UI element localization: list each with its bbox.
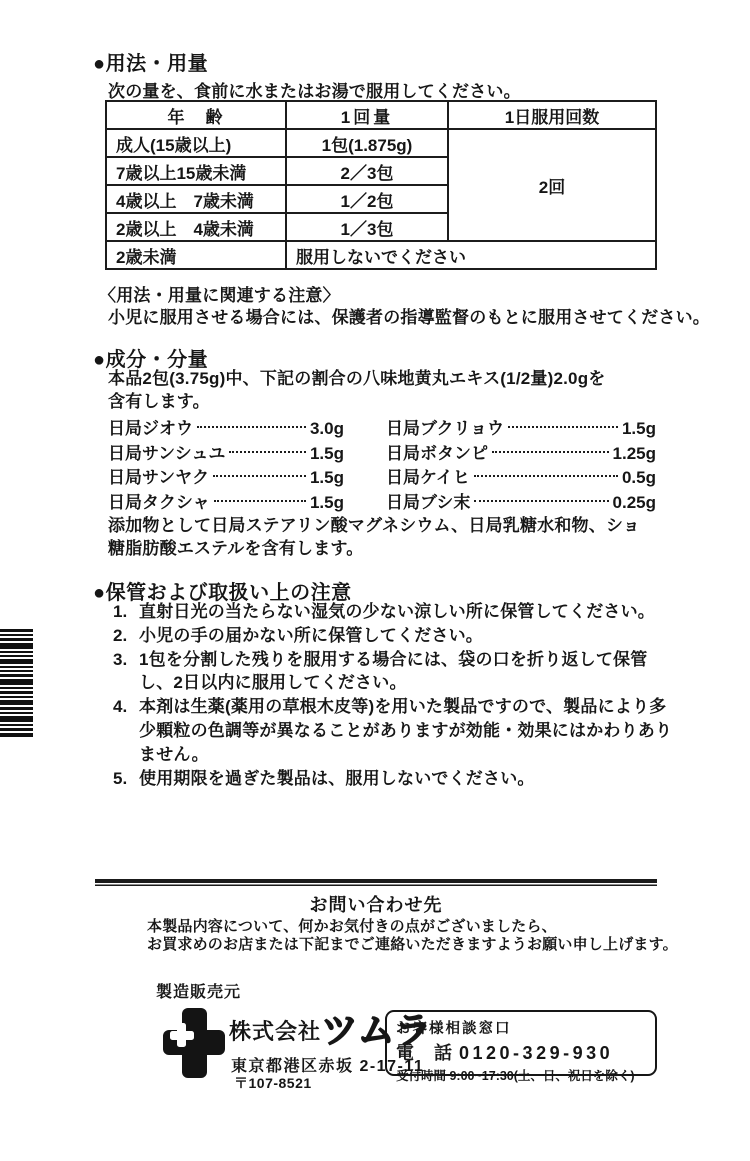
contact-title: お問い合わせ先 (95, 891, 657, 917)
support-box-title: お客様相談窓口 (396, 1017, 646, 1038)
ingredient-item: 日局ブクリョウ 1.5g (386, 414, 656, 439)
additives-note: 添加物として日局ステアリン酸マグネシウム、日局乳糖水和物、ショ 糖脂肪酸エステル… (108, 514, 640, 560)
table-row: 成人(15歳以上) 1包(1.875g) 2回 (106, 129, 656, 157)
ingredients-column-left: 日局ジオウ 3.0g 日局サンシュユ 1.5g 日局サンヤク 1.5g 日局タク… (108, 414, 344, 512)
ingredient-item: 日局ケイヒ 0.5g (386, 463, 656, 488)
item-number: 2. (113, 624, 139, 648)
customer-support-box: お客様相談窓口 電 話 0120-329-930 受付時間 9:00~17:30… (385, 1010, 657, 1076)
additives-line2: 糖脂肪酸エステルを含有します。 (108, 537, 640, 560)
ingredient-name: 日局ブシ末 (386, 488, 470, 513)
item-text: 使用期限を過ぎた製品は、服用しないでください。 (139, 767, 677, 791)
col-header-age: 年 齢 (106, 101, 286, 129)
dot-leader (197, 426, 306, 428)
ingredients-intro-line2: 含有します。 (108, 390, 605, 413)
ingredients-column-right: 日局ブクリョウ 1.5g 日局ボタンピ 1.25g 日局ケイヒ 0.5g 日局ブ… (386, 414, 656, 512)
dot-leader (229, 451, 306, 453)
amount-cell: 1／3包 (286, 213, 448, 241)
ingredient-name: 日局サンシュユ (108, 439, 225, 464)
item-text: 小児の手の届かない所に保管してください。 (139, 624, 677, 648)
dosage-table: 年 齢 1回量 1日服用回数 成人(15歳以上) 1包(1.875g) 2回 7… (105, 100, 657, 270)
list-item: 3. 1包を分割した残りを服用する場合には、袋の口を折り返して保管し、2日以内に… (113, 648, 677, 696)
dot-leader (474, 500, 608, 502)
tsumura-cross-logo-icon (162, 1006, 226, 1080)
contact-line2: お買求めのお店または下記までご連絡いただきますようお願い申し上げます。 (147, 933, 678, 954)
list-item: 2. 小児の手の届かない所に保管してください。 (113, 624, 677, 648)
ingredient-amount: 3.0g (310, 419, 344, 439)
ingredients-intro: 本品2包(3.75g)中、下記の割合の八味地黄丸エキス(1/2量)2.0gを 含… (108, 367, 605, 413)
ingredient-item: 日局サンヤク 1.5g (108, 463, 344, 488)
manufacturer-label: 製造販売元 (156, 979, 241, 1002)
col-header-daily: 1日服用回数 (448, 101, 656, 129)
daily-count-cell: 2回 (448, 129, 656, 241)
dot-leader (214, 500, 306, 502)
phone-label: 電 話 (396, 1043, 453, 1063)
barcode (0, 629, 33, 737)
col-header-amount: 1回量 (286, 101, 448, 129)
ingredients-grid: 日局ジオウ 3.0g 日局サンシュユ 1.5g 日局サンヤク 1.5g 日局タク… (108, 414, 656, 512)
item-text: 本剤は生薬(薬用の草根木皮等)を用いた製品ですので、製品により多少顆粒の色調等が… (139, 695, 677, 766)
ingredient-item: 日局タクシャ 1.5g (108, 488, 344, 513)
ingredients-intro-line1: 本品2包(3.75g)中、下記の割合の八味地黄丸エキス(1/2量)2.0gを (108, 367, 605, 390)
ingredient-amount: 1.5g (310, 468, 344, 488)
dosage-note-body: 小児に服用させる場合には、保護者の指導監督のもとに服用させてください。 (108, 303, 710, 328)
ingredient-amount: 1.25g (613, 444, 656, 464)
ingredient-amount: 1.5g (622, 419, 656, 439)
ingredient-name: 日局タクシャ (108, 488, 210, 513)
amount-cell: 1包(1.875g) (286, 129, 448, 157)
ingredient-name: 日局ケイヒ (386, 463, 470, 488)
section-divider (95, 879, 657, 886)
amount-cell: 1／2包 (286, 185, 448, 213)
list-item: 1. 直射日光の当たらない湿気の少ない涼しい所に保管してください。 (113, 600, 677, 624)
additives-line1: 添加物として日局ステアリン酸マグネシウム、日局乳糖水和物、ショ (108, 514, 640, 537)
list-item: 4. 本剤は生薬(薬用の草根木皮等)を用いた製品ですので、製品により多少顆粒の色… (113, 695, 677, 766)
manufacturer-postal-code: 〒107-8521 (234, 1073, 312, 1093)
list-item: 5. 使用期限を過ぎた製品は、服用しないでください。 (113, 767, 677, 791)
item-number: 4. (113, 695, 139, 719)
item-text: 1包を分割した残りを服用する場合には、袋の口を折り返して保管し、2日以内に服用し… (139, 648, 677, 696)
dosage-intro: 次の量を、食前に水またはお湯で服用してください。 (108, 77, 521, 102)
storage-list: 1. 直射日光の当たらない湿気の少ない涼しい所に保管してください。 2. 小児の… (113, 600, 677, 790)
table-row: 2歳未満 服用しないでください (106, 241, 656, 269)
age-cell: 2歳未満 (106, 241, 286, 269)
age-cell: 7歳以上15歳未満 (106, 157, 286, 185)
ingredient-item: 日局ブシ末 0.25g (386, 488, 656, 513)
amount-cell: 2／3包 (286, 157, 448, 185)
age-cell: 2歳以上 4歳未満 (106, 213, 286, 241)
amount-cell: 服用しないでください (286, 241, 656, 269)
dot-leader (213, 475, 306, 477)
item-number: 1. (113, 600, 139, 624)
ingredient-name: 日局ジオウ (108, 414, 193, 439)
ingredient-item: 日局サンシュユ 1.5g (108, 439, 344, 464)
item-number: 5. (113, 767, 139, 791)
age-cell: 成人(15歳以上) (106, 129, 286, 157)
company-prefix: 株式会社 (229, 1015, 321, 1049)
dot-leader (474, 475, 618, 477)
item-text: 直射日光の当たらない湿気の少ない涼しい所に保管してください。 (139, 600, 677, 624)
support-phone-line: 電 話 0120-329-930 (396, 1039, 646, 1065)
dot-leader (508, 426, 618, 428)
ingredient-amount: 0.5g (622, 468, 656, 488)
ingredient-amount: 1.5g (310, 493, 344, 513)
age-cell: 4歳以上 7歳未満 (106, 185, 286, 213)
ingredient-name: 日局サンヤク (108, 463, 209, 488)
phone-number: 0120-329-930 (459, 1043, 613, 1063)
ingredient-name: 日局ボタンピ (386, 439, 488, 464)
support-hours: 受付時間 9:00~17:30(土、日、祝日を除く) (396, 1066, 646, 1084)
dosage-section-title: ●用法・用量 (93, 47, 208, 76)
item-number: 3. (113, 648, 139, 672)
dosage-table-header-row: 年 齢 1回量 1日服用回数 (106, 101, 656, 129)
ingredient-amount: 0.25g (613, 493, 656, 513)
ingredient-item: 日局ジオウ 3.0g (108, 414, 344, 439)
ingredient-name: 日局ブクリョウ (386, 414, 504, 439)
ingredient-item: 日局ボタンピ 1.25g (386, 439, 656, 464)
dot-leader (492, 451, 609, 453)
ingredient-amount: 1.5g (310, 444, 344, 464)
